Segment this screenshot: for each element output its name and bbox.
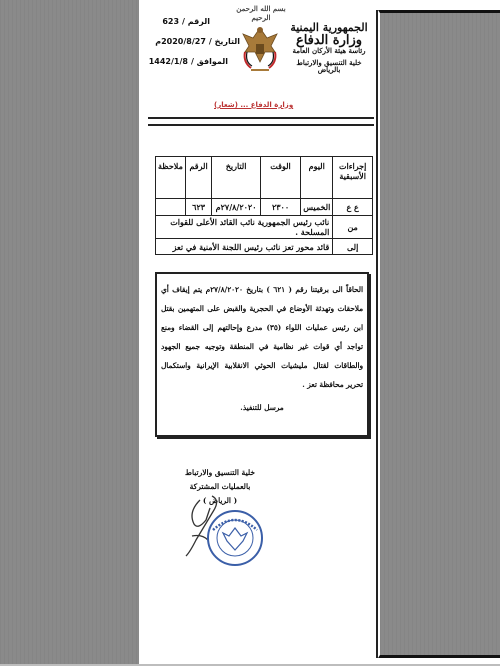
- cell-note: [156, 199, 186, 216]
- reference-block: الرقم / 623 التاريخ / 2020/8/27م الموافق…: [172, 18, 244, 78]
- body-closing: مرسل للتنفيذ.: [161, 398, 363, 417]
- document-page: الجمهورية اليمنية وزارة الدفاع رئاسة هيئ…: [140, 0, 376, 664]
- table-row: ع ع الخميس ٢٣٠٠ ٢٧/٨/٢٠٢٠م ٦٢٣: [156, 199, 373, 216]
- ref-date-label: التاريخ /: [209, 38, 240, 46]
- body-paragraph: الحاقاً الى برقيتنا رقم ( ٦٢١ ) بتاريخ ٢…: [161, 280, 363, 394]
- routing-table: إجراءات الأسبقية اليوم الوقت التاريخ الر…: [155, 156, 373, 255]
- ref-number-label: الرقم /: [182, 18, 210, 26]
- ministry-header: الجمهورية اليمنية وزارة الدفاع رئاسة هيئ…: [288, 22, 370, 73]
- red-slogan: وزارة الدفاع ... (شعار): [214, 101, 293, 109]
- ref-hijri-value: 1442/1/8: [149, 58, 188, 66]
- from-label: من: [333, 216, 373, 239]
- header-time: الوقت: [260, 157, 300, 199]
- to-label: إلى: [333, 239, 373, 255]
- cell-number: ٦٢٣: [185, 199, 211, 216]
- ref-hijri-label: الموافق /: [191, 58, 228, 66]
- left-gray-panel: [0, 0, 139, 664]
- cell-priority: ع ع: [333, 199, 373, 216]
- from-row: من نائب رئيس الجمهورية نائب القائد الأعل…: [156, 216, 373, 239]
- header-country: الجمهورية اليمنية: [288, 22, 370, 34]
- to-row: إلى قائد محور تعز نائب رئيس اللجنة الأمن…: [156, 239, 373, 255]
- yemen-eagle-emblem-icon: [239, 22, 281, 74]
- from-value: نائب رئيس الجمهورية نائب القائد الأعلى ل…: [156, 216, 333, 239]
- to-value: قائد محور تعز نائب رئيس اللجنة الأمنية ف…: [156, 239, 333, 255]
- header-number: الرقم: [185, 157, 211, 199]
- bottom-divider: [0, 664, 500, 666]
- ref-date-value: 2020/8/27م: [155, 38, 206, 46]
- cell-day: الخميس: [301, 199, 333, 216]
- table-header-row: إجراءات الأسبقية اليوم الوقت التاريخ الر…: [156, 157, 373, 199]
- header-staff: رئاسة هيئة الأركان العامة: [288, 47, 370, 54]
- ref-date-row: التاريخ / 2020/8/27م: [172, 38, 244, 46]
- cell-date: ٢٧/٨/٢٠٢٠م: [212, 199, 261, 216]
- header-day: اليوم: [301, 157, 333, 199]
- header-date: التاريخ: [212, 157, 261, 199]
- header-note: ملاحظة: [156, 157, 186, 199]
- header-divider: [148, 117, 374, 126]
- ref-number-row: الرقم / 623: [172, 18, 244, 26]
- message-body: الحاقاً الى برقيتنا رقم ( ٦٢١ ) بتاريخ ٢…: [155, 272, 369, 437]
- ref-hijri-row: الموافق / 1442/1/8: [172, 58, 244, 66]
- header-cell: خلية التنسيق والارتباط بالرياض: [288, 59, 370, 74]
- header-priority: إجراءات الأسبقية: [333, 157, 373, 199]
- cell-time: ٢٣٠٠: [260, 199, 300, 216]
- official-stamp-icon: [205, 508, 265, 568]
- ref-number-value: 623: [162, 18, 179, 26]
- right-gray-panel: [378, 10, 500, 658]
